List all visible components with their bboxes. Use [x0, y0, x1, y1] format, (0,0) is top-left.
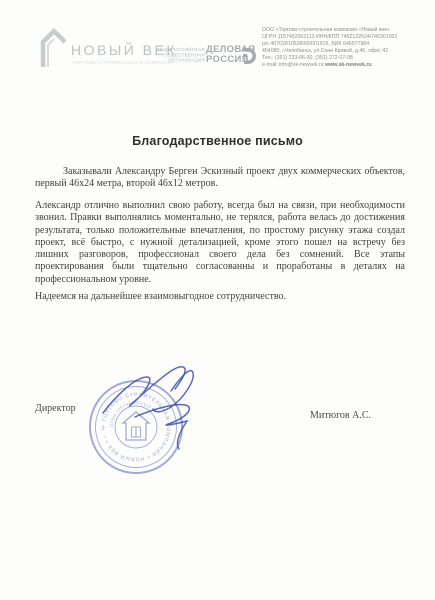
- scanned-letter-page: НОВЫЙ ВЕК ТОРГОВО-СТРОИТЕЛЬНАЯ КОМПАНИЯ …: [0, 0, 435, 600]
- association-line: ОБЩЕРОССИЙСКАЯ: [153, 47, 205, 52]
- company-stamp-and-signature: • ТОРГОВО-СТРОИТЕЛЬНАЯ КОМПАНИЯ • НОВЫЙ …: [75, 355, 215, 480]
- email-text: e-mail: info@sk-newvek.ru: [262, 61, 325, 67]
- letter-title: Благодарственное письмо: [0, 134, 435, 148]
- company-name-line: ООО «Торгово-строительная компания «Новы…: [262, 26, 433, 33]
- phone-line: Тел.: (351) 233-06-30, (351) 272-07-08: [262, 54, 433, 61]
- website-text: www.sk-newvek.ru: [325, 61, 372, 67]
- paragraph-order-description: Заказывали Александру Берген Эскизный пр…: [35, 166, 405, 191]
- newvek-house-logo-icon: [38, 27, 68, 69]
- signer-name-label: Митюгов А.С.: [310, 410, 371, 421]
- association-type-lines: ОБЩЕРОССИЙСКАЯ ОБЩЕСТВЕННАЯ ОРГАНИЗАЦИЯ: [153, 47, 205, 63]
- bank-account-line: р/с 40702810538060001915, БИК 046577964: [262, 40, 433, 47]
- email-line: e-mail: info@sk-newvek.ru www.sk-newvek.…: [262, 61, 433, 68]
- paragraph-closing: Надеемся на дальнейшее взаимовыгодное со…: [35, 291, 405, 303]
- delovaya-rossiya-d-icon: [242, 45, 256, 67]
- paragraph-review: Александр отлично выполнил свою работу, …: [35, 200, 405, 286]
- signer-role-label: Директор: [35, 403, 76, 414]
- address-line: 454080, г.Челябинск, ул.Сони Кривой, д.4…: [262, 47, 433, 54]
- company-logo-tagline: ТОРГОВО-СТРОИТЕЛЬНАЯ КОМПАНИЯ: [72, 60, 160, 65]
- ogrn-inn-line: ОГРН 1157452002113 ИНН/КПП 7452122624/74…: [262, 33, 433, 40]
- company-requisites: ООО «Торгово-строительная компания «Новы…: [262, 26, 433, 68]
- stamp-seal: • ТОРГОВО-СТРОИТЕЛЬНАЯ КОМПАНИЯ • НОВЫЙ …: [75, 355, 182, 473]
- association-line: ОРГАНИЗАЦИЯ: [153, 57, 205, 62]
